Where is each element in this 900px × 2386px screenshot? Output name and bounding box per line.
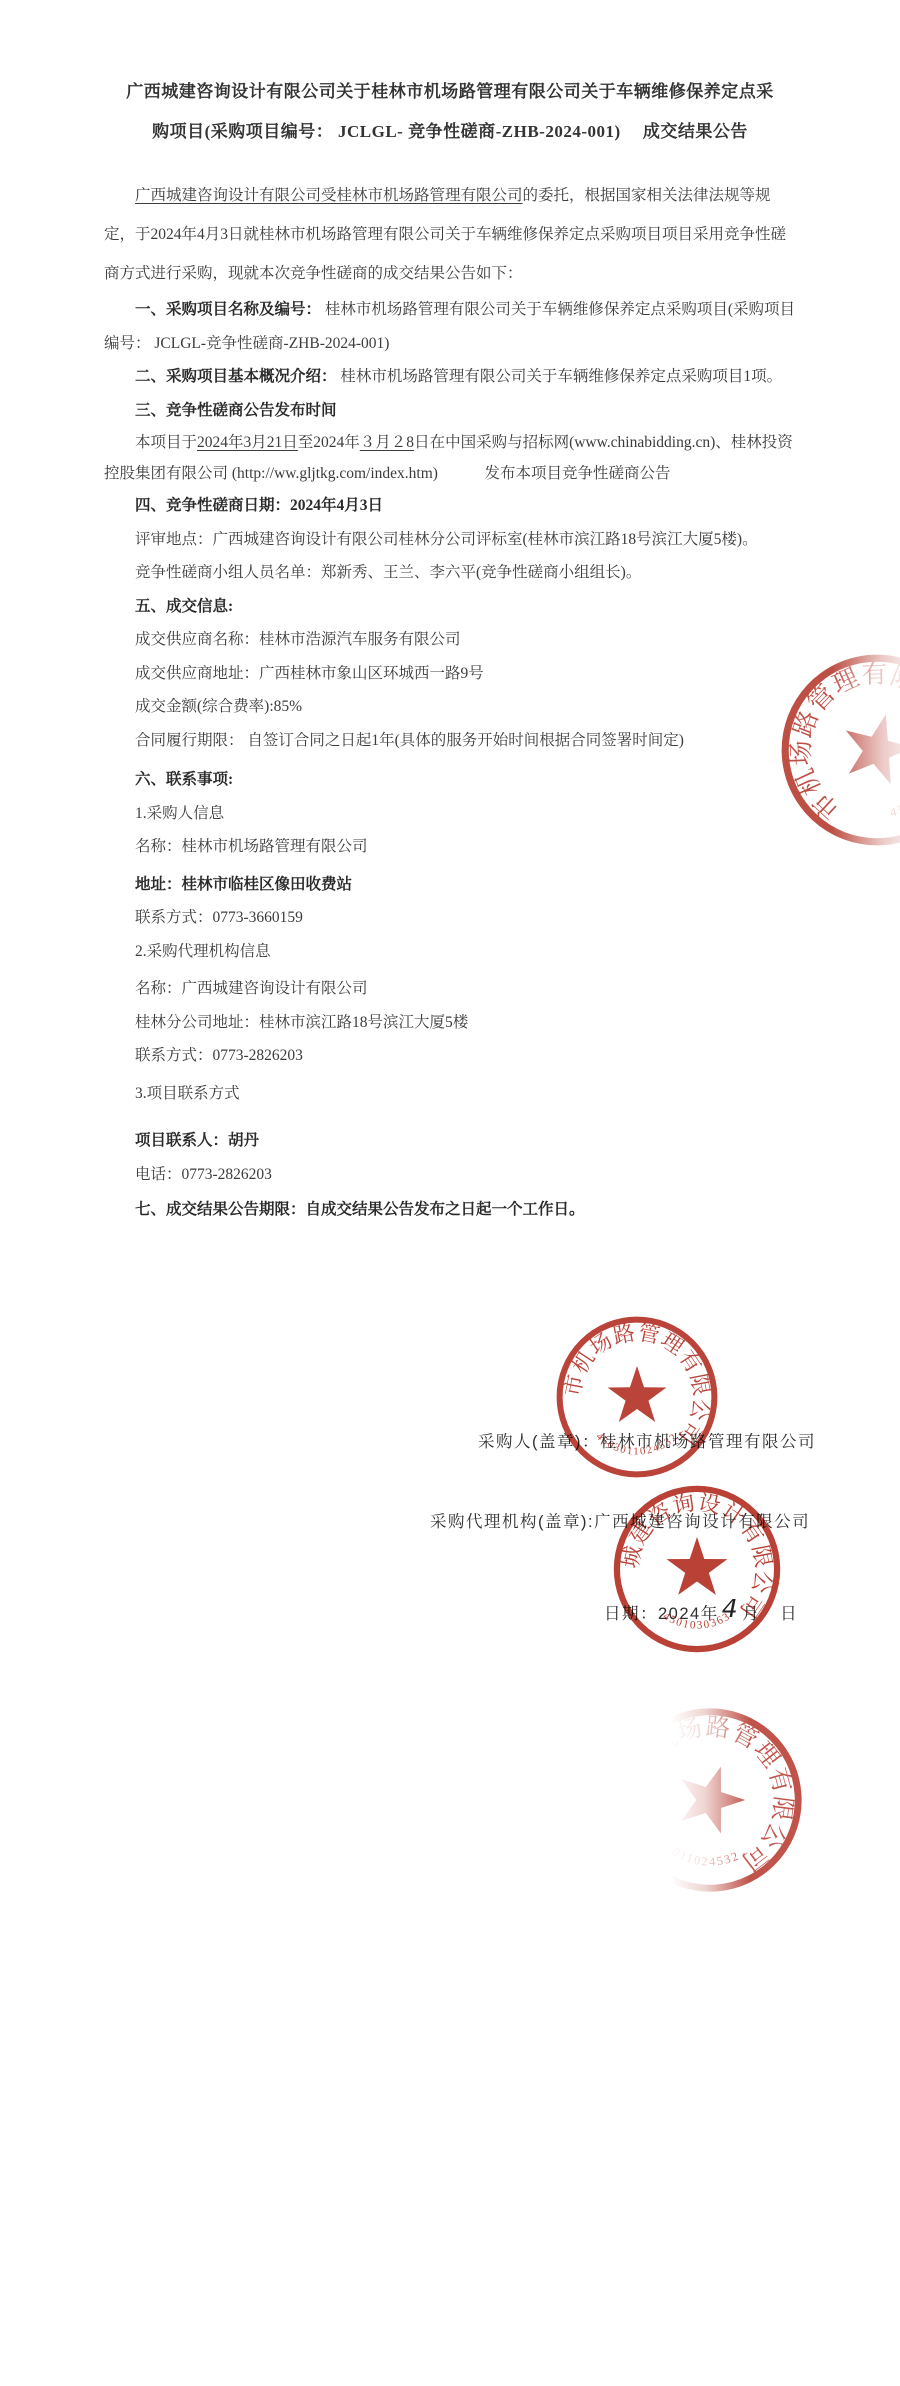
seal-star-icon (669, 1756, 752, 1837)
section-6-heading: 六、联系事项: (104, 763, 796, 797)
seal-star-icon (827, 701, 900, 795)
svg-text:4501030363: 4501030363 (661, 1610, 733, 1632)
buyer-company-seal: 桂林市机场路管理有限公司 4503011024532 (551, 1311, 723, 1483)
contract-period: 合同履行期限： 自签订合同之日起1年(具体的服务开始时间根据合同签署时间定) (104, 724, 796, 758)
partial-seal-bottom-right: 桂林市机场路管理有限公司 4503011024532 (587, 1677, 834, 1924)
section-4-negotiation-date: 四、竞争性磋商日期：2024年4月3日 (104, 489, 796, 523)
seal-company-text: 桂林市机场路管理有限公司 (551, 1311, 714, 1449)
agent-info-heading: 2.采购代理机构信息 (104, 935, 796, 969)
agent-phone: 联系方式：0773-2826203 (104, 1039, 796, 1073)
section-3-heading: 三、竞争性磋商公告发布时间 (104, 394, 796, 428)
intro-paragraph: 广西城建咨询设计有限公司受桂林市机场路管理有限公司的委托，根据国家相关法律法规等… (104, 176, 796, 293)
deal-amount: 成交金额(综合费率):85% (104, 690, 796, 724)
publish-date-end: ３月２8 (360, 434, 414, 451)
winning-supplier-address: 成交供应商地址：广西桂林市象山区环城西一路9号 (104, 657, 796, 691)
announcement-dates-paragraph: 本项目于2024年3月21日至2024年３月２8日在中国采购与招标网(www.c… (104, 427, 796, 489)
document-body: 广西城建咨询设计有限公司关于桂林市机场路管理有限公司关于车辆维修保养定点采 购项… (104, 72, 796, 1227)
section-1-project-name: 一、采购项目名称及编号： 桂林市机场路管理有限公司关于车辆维修保养定点采购项目(… (104, 293, 796, 360)
section-2-overview: 二、采购项目基本概况介绍： 桂林市机场路管理有限公司关于车辆维修保养定点采购项目… (104, 360, 796, 394)
intro-underlined-entrust: 广西城建咨询设计有限公司受桂林市机场路管理有限公司 (135, 187, 523, 204)
buyer-name: 名称：桂林市机场路管理有限公司 (104, 830, 796, 864)
svg-text:桂林市机场路管理有限公司: 桂林市机场路管理有限公司 (551, 1311, 714, 1449)
section-5-heading: 五、成交信息: (104, 590, 796, 624)
agent-name: 名称：广西城建咨询设计有限公司 (104, 972, 796, 1006)
project-contact-phone: 电话：0773-2826203 (104, 1158, 796, 1192)
review-location: 评审地点：广西城建咨询设计有限公司桂林分公司评标室(桂林市滨江路18号滨江大厦5… (104, 523, 796, 557)
title-line-2: 购项目(采购项目编号： JCLGL- 竞争性磋商-ZHB-2024-001) 成… (152, 122, 748, 141)
negotiation-panel-members: 竞争性磋商小组人员名单：郑新秀、王兰、李六平(竞争性磋商小组组长)。 (104, 556, 796, 590)
publish-date-start: 2024年3月21日 (197, 434, 298, 451)
seal-star-icon (608, 1366, 667, 1422)
section-7-announcement-period: 七、成交结果公告期限：自成交结果公告发布之日起一个工作日。 (104, 1193, 796, 1227)
buyer-phone: 联系方式：0773-3660159 (104, 901, 796, 935)
seal-star-icon (667, 1537, 728, 1595)
svg-text:4503011024532: 4503011024532 (594, 1431, 681, 1458)
document-page: 广西城建咨询设计有限公司关于桂林市机场路管理有限公司关于车辆维修保养定点采 购项… (0, 0, 900, 2386)
agent-branch-address: 桂林分公司地址：桂林市滨江路18号滨江大厦5楼 (104, 1006, 796, 1040)
title-line-1: 广西城建咨询设计有限公司关于桂林市机场路管理有限公司关于车辆维修保养定点采 (126, 82, 774, 101)
buyer-info-heading: 1.采购人信息 (104, 797, 796, 831)
winning-supplier-name: 成交供应商名称：桂林市浩源汽车服务有限公司 (104, 623, 796, 657)
seal-serial-digits: 4501030363 (661, 1610, 733, 1632)
project-contact-heading: 3.项目联系方式 (104, 1077, 796, 1111)
seal-serial-digits: 4503011024532 (594, 1431, 681, 1458)
page-title: 广西城建咨询设计有限公司关于桂林市机场路管理有限公司关于车辆维修保养定点采 购项… (104, 72, 796, 152)
project-contact-person: 项目联系人：胡丹 (104, 1124, 796, 1158)
buyer-address: 地址：桂林市临桂区像田收费站 (104, 868, 796, 902)
agent-company-seal: 广西城建咨询设计有限公司 4501030363 (608, 1480, 786, 1658)
